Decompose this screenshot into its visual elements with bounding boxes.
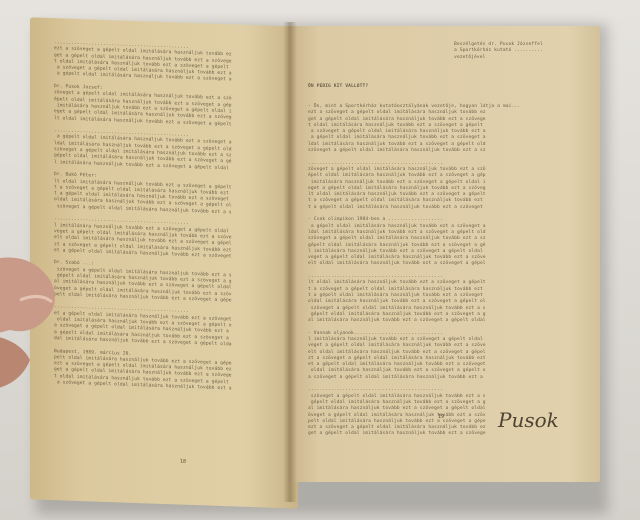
book-gutter xyxy=(283,22,297,502)
left-page-text: ........................................… xyxy=(54,40,232,393)
article-title: ÖN PEDIG KIT VALLOTT? xyxy=(308,84,368,90)
right-page-number: 19 xyxy=(438,414,444,420)
handwritten-signature: Pusok xyxy=(498,408,559,432)
right-page-text: - Ön, mint a Sportkórház kutatóosztályán… xyxy=(308,104,520,438)
hand xyxy=(0,240,80,390)
left-page-number: 18 xyxy=(180,459,186,465)
header-note: Beszélgetés dr. Pusok Józseffel a Sportk… xyxy=(454,42,543,61)
